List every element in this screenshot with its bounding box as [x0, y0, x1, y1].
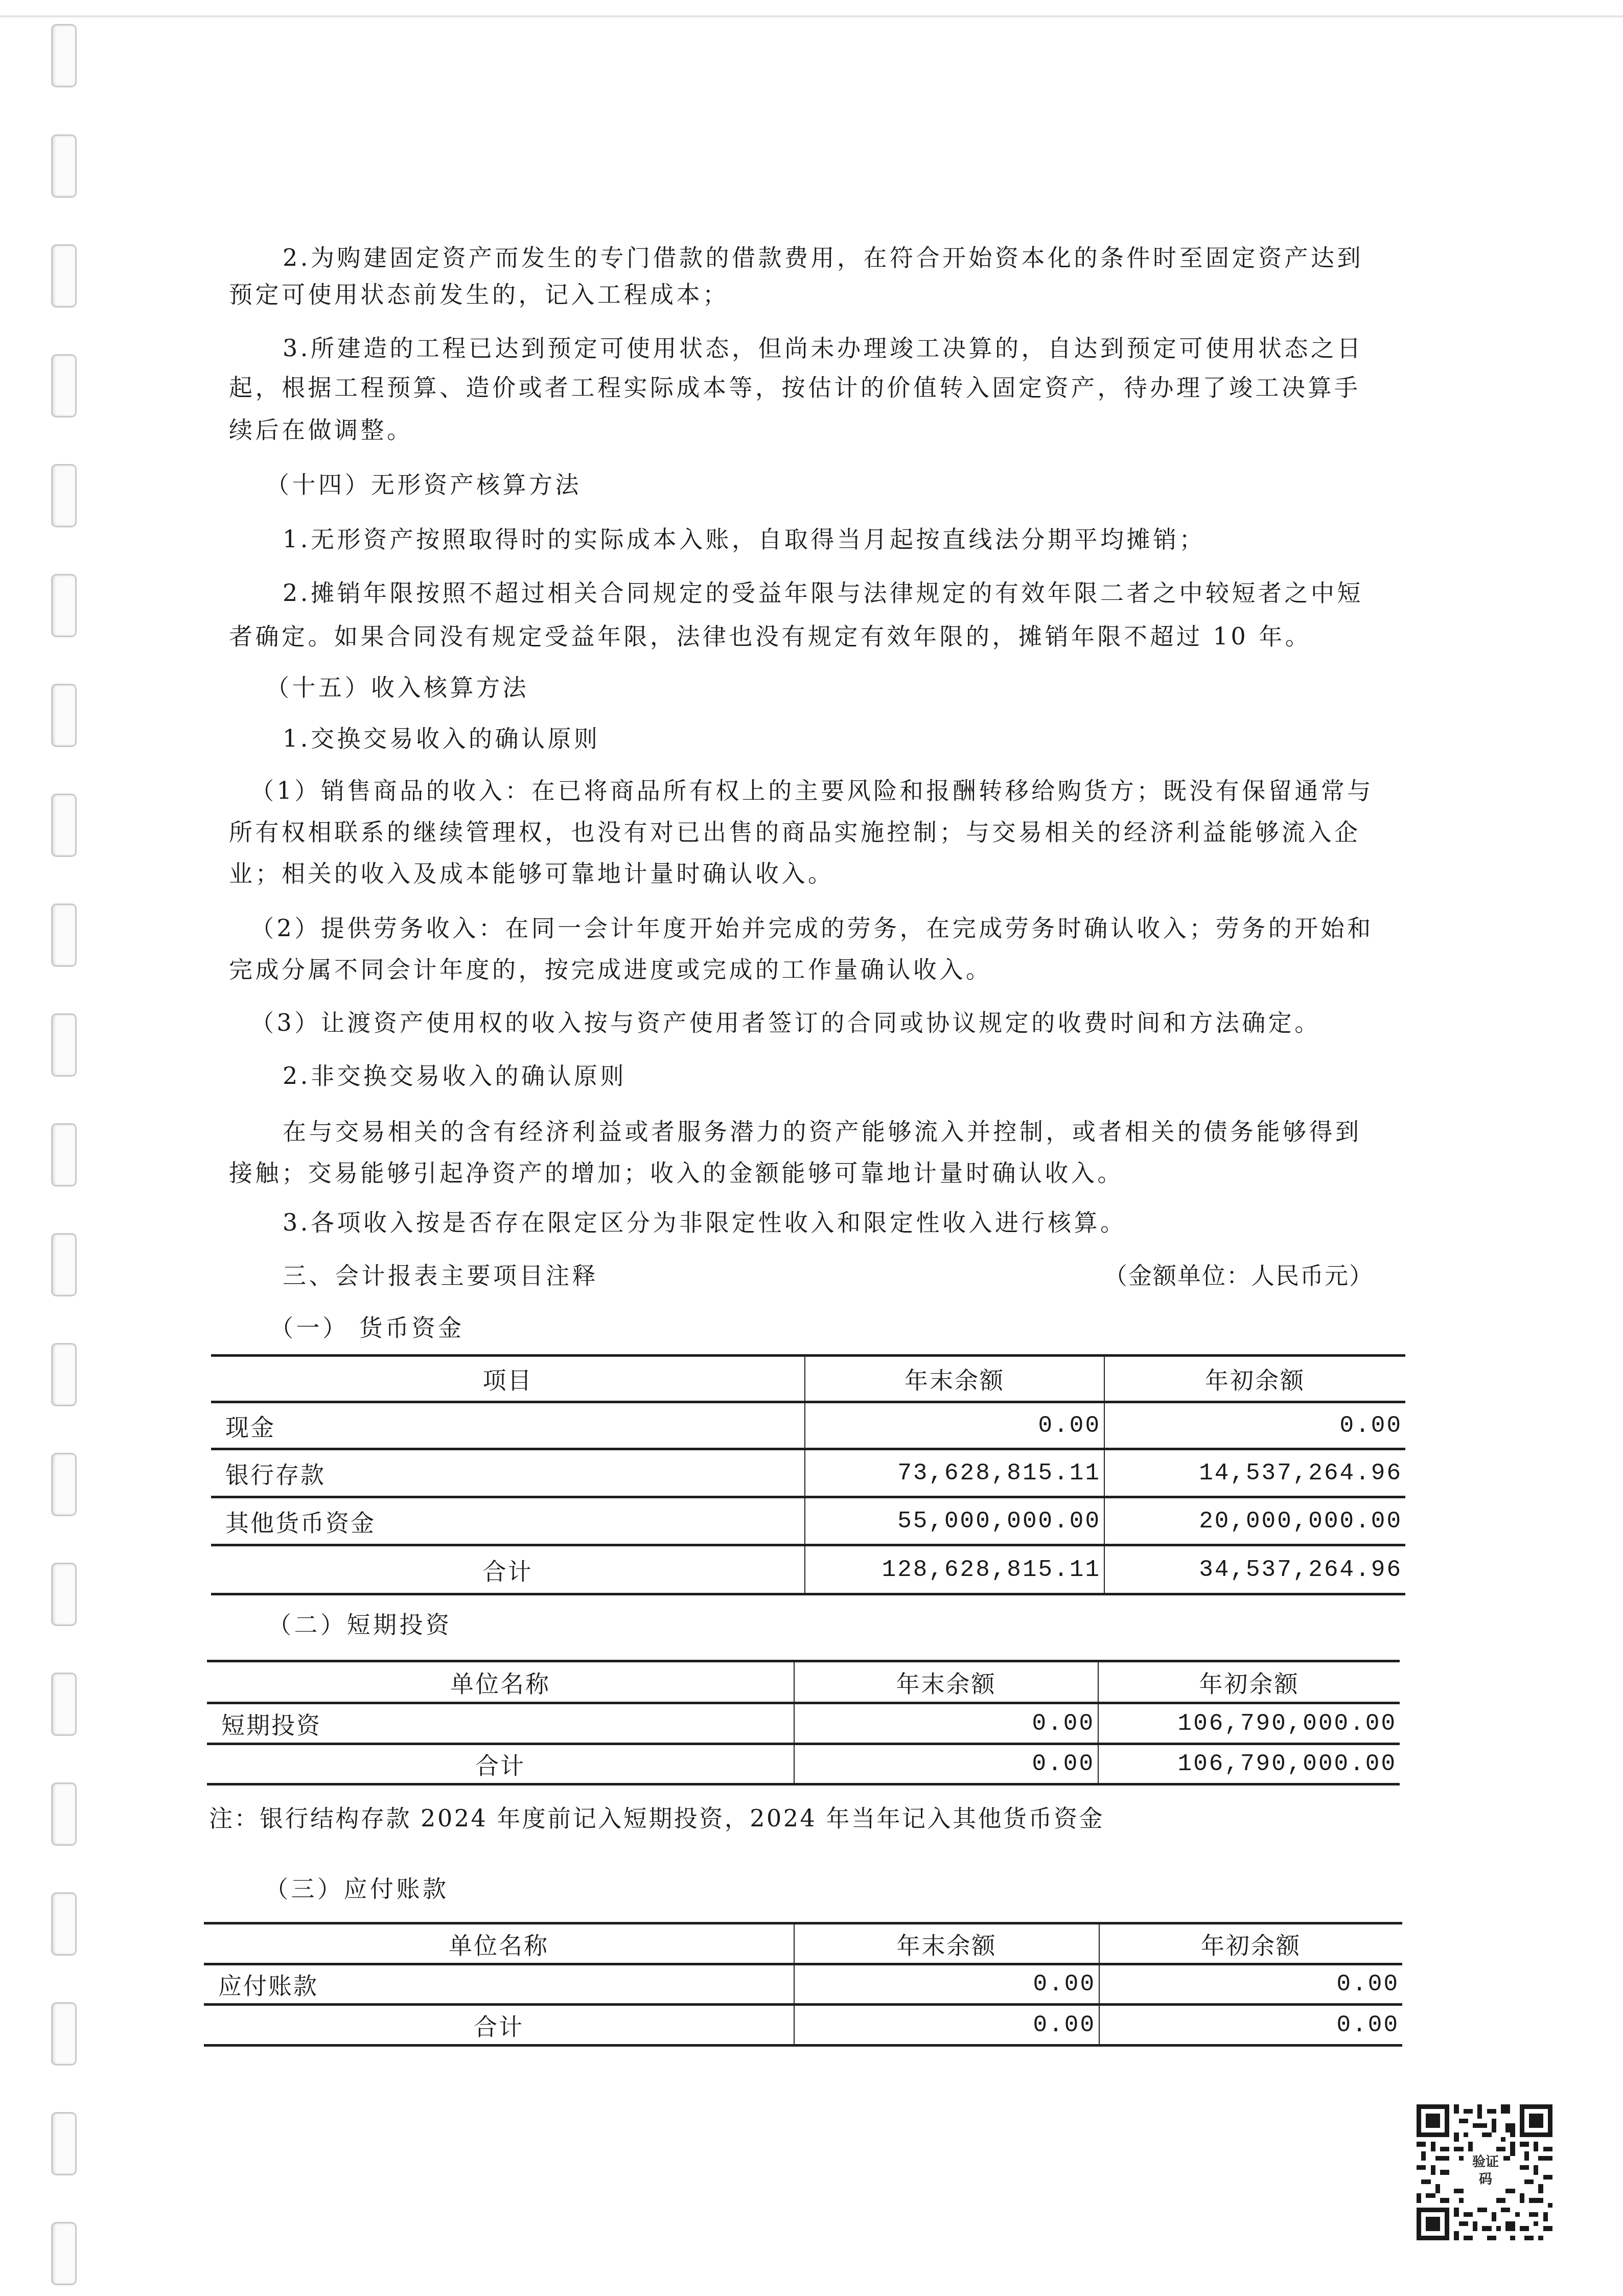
section-heading-notes: 三、会计报表主要项目注释: [283, 1260, 598, 1291]
header-unit-name: 单位名称: [207, 1661, 794, 1703]
paragraph-line: 3.各项收入按是否存在限定区分为非限定性收入和限定性收入进行核算。: [283, 1207, 1126, 1238]
paragraph-line: 3.所建造的工程已达到预定可使用状态，但尚未办理竣工决算的，自达到预定可使用状态…: [283, 333, 1363, 363]
table-row: 银行存款 73,628,815.11 14,537,264.96: [211, 1449, 1405, 1497]
short-investment-table: 单位名称 年末余额 年初余额 短期投资 0.00 106,790,000.00 …: [207, 1660, 1400, 1785]
table-footnote: 注：银行结构存款 2024 年度前记入短期投资，2024 年当年记入其他货币资金: [209, 1803, 1104, 1834]
table-title-cash: （一） 货币资金: [270, 1312, 465, 1343]
total-begin-value: 0.00: [1099, 2005, 1402, 2046]
binding-hole: [51, 244, 77, 308]
table-title-payables: （三）应付账款: [265, 1873, 449, 1904]
paragraph-line: 1.无形资产按照取得时的实际成本入账，自取得当月起按直线法分期平均摊销；: [283, 524, 1205, 554]
table-title-short-investment: （二）短期投资: [268, 1609, 452, 1640]
table-total-row: 合计 0.00 0.00: [204, 2005, 1402, 2046]
total-label: 合计: [207, 1744, 794, 1784]
qr-center-label: 验证码: [1470, 2153, 1501, 2188]
row-end-value: 0.00: [794, 1964, 1099, 2005]
binding-hole: [51, 134, 77, 198]
binding-hole: [51, 464, 77, 527]
paragraph-line: 接触；交易能够引起净资产的增加；收入的金额能够可靠地计量时确认收入。: [229, 1157, 1124, 1188]
section-heading-intangible: （十四）无形资产核算方法: [266, 469, 582, 500]
row-begin-value: 14,537,264.96: [1104, 1449, 1405, 1497]
total-end-value: 0.00: [794, 2005, 1099, 2046]
row-end-value: 0.00: [794, 1703, 1098, 1744]
binding-hole: [51, 1233, 77, 1296]
binding-hole: [51, 1892, 77, 1956]
binding-hole: [51, 1673, 77, 1736]
row-label: 银行存款: [211, 1449, 805, 1497]
paragraph-line: 起，根据工程预算、造价或者工程实际成本等，按估计的价值转入固定资产，待办理了竣工…: [229, 372, 1361, 403]
header-begin-balance: 年初余额: [1099, 1923, 1402, 1964]
total-begin-value: 106,790,000.00: [1098, 1744, 1400, 1784]
paragraph-line: 2.为购建固定资产而发生的专门借款的借款费用，在符合开始资本化的条件时至固定资产…: [283, 242, 1363, 273]
paragraph-line: 者确定。如果合同没有规定受益年限，法律也没有规定有效年限的，摊销年限不超过 10…: [229, 621, 1311, 652]
header-begin-balance: 年初余额: [1104, 1356, 1405, 1402]
binding-hole: [51, 2222, 77, 2285]
paragraph-line: 续后在做调整。: [229, 414, 413, 445]
unit-note: （金额单位：人民币元）: [1104, 1260, 1374, 1291]
subheading-exchange: 1.交换交易收入的确认原则: [283, 723, 600, 754]
header-end-balance: 年末余额: [805, 1356, 1104, 1402]
paragraph-line: 完成分属不同会计年度的，按完成进度或完成的工作量确认收入。: [229, 954, 992, 985]
row-end-value: 73,628,815.11: [805, 1449, 1104, 1497]
row-end-value: 0.00: [805, 1402, 1104, 1449]
verification-qr-code[interactable]: 验证码: [1417, 2103, 1552, 2241]
table-row: 现金 0.00 0.00: [211, 1402, 1405, 1449]
paragraph-line: （2）提供劳务收入：在同一会计年度开始并完成的劳务，在完成劳务时确认收入；劳务的…: [250, 913, 1374, 943]
table-row: 应付账款 0.00 0.00: [204, 1964, 1402, 2005]
binding-hole: [51, 903, 77, 967]
table-row: 短期投资 0.00 106,790,000.00: [207, 1703, 1400, 1744]
row-begin-value: 106,790,000.00: [1098, 1703, 1400, 1744]
header-end-balance: 年末余额: [794, 1661, 1098, 1703]
table-header-row: 单位名称 年末余额 年初余额: [204, 1923, 1402, 1964]
row-label: 应付账款: [204, 1964, 794, 2005]
payables-table: 单位名称 年末余额 年初余额 应付账款 0.00 0.00 合计 0.00 0.…: [204, 1922, 1402, 2047]
binding-hole: [51, 574, 77, 637]
table-total-row: 合计 128,628,815.11 34,537,264.96: [211, 1545, 1405, 1594]
paragraph-line: 所有权相联系的继续管理权，也没有对已出售的商品实施控制；与交易相关的经济利益能够…: [229, 817, 1361, 847]
binding-hole: [51, 354, 77, 418]
header-unit-name: 单位名称: [204, 1923, 794, 1964]
row-begin-value: 0.00: [1099, 1964, 1402, 2005]
header-item: 项目: [211, 1356, 805, 1402]
binding-hole: [51, 2112, 77, 2175]
subheading-nonexchange: 2.非交换交易收入的确认原则: [283, 1060, 627, 1091]
total-end-value: 128,628,815.11: [805, 1545, 1104, 1594]
binding-hole: [51, 1123, 77, 1187]
binding-hole: [51, 1013, 77, 1077]
row-end-value: 55,000,000.00: [805, 1497, 1104, 1545]
binding-hole: [51, 24, 77, 87]
binding-hole: [51, 794, 77, 857]
paragraph-line: 2.摊销年限按照不超过相关合同规定的受益年限与法律规定的有效年限二者之中较短者之…: [283, 577, 1363, 608]
table-header-row: 单位名称 年末余额 年初余额: [207, 1661, 1400, 1703]
table-header-row: 项目 年末余额 年初余额: [211, 1356, 1405, 1402]
total-end-value: 0.00: [794, 1744, 1098, 1784]
total-label: 合计: [211, 1545, 805, 1594]
binding-hole: [51, 1782, 77, 1846]
paragraph-line: 业；相关的收入及成本能够可靠地计量时确认收入。: [229, 858, 834, 889]
paragraph-line: 在与交易相关的含有经济利益或者服务潜力的资产能够流入并控制，或者相关的债务能够得…: [283, 1116, 1362, 1147]
section-heading-revenue: （十五）收入核算方法: [266, 672, 529, 703]
header-begin-balance: 年初余额: [1098, 1661, 1400, 1703]
header-end-balance: 年末余额: [794, 1923, 1099, 1964]
cash-table: 项目 年末余额 年初余额 现金 0.00 0.00 银行存款 73,628,81…: [211, 1354, 1405, 1595]
total-label: 合计: [204, 2005, 794, 2046]
table-row: 其他货币资金 55,000,000.00 20,000,000.00: [211, 1497, 1405, 1545]
binding-hole: [51, 684, 77, 747]
binding-hole: [51, 1343, 77, 1406]
total-begin-value: 34,537,264.96: [1104, 1545, 1405, 1594]
paragraph-line: （1）销售商品的收入：在已将商品所有权上的主要风险和报酬转移给购货方；既没有保留…: [250, 775, 1374, 806]
paragraph-line: 预定可使用状态前发生的，记入工程成本；: [229, 279, 729, 310]
binding-hole: [51, 1563, 77, 1626]
paragraph-line: （3）让渡资产使用权的收入按与资产使用者签订的合同或协议规定的收费时间和方法确定…: [250, 1007, 1321, 1038]
binding-hole: [51, 2002, 77, 2066]
row-begin-value: 20,000,000.00: [1104, 1497, 1405, 1545]
row-begin-value: 0.00: [1104, 1402, 1405, 1449]
row-label: 其他货币资金: [211, 1497, 805, 1545]
table-total-row: 合计 0.00 106,790,000.00: [207, 1744, 1400, 1784]
row-label: 短期投资: [207, 1703, 794, 1744]
row-label: 现金: [211, 1402, 805, 1449]
scan-top-edge: [0, 15, 1623, 17]
binding-hole: [51, 1453, 77, 1516]
